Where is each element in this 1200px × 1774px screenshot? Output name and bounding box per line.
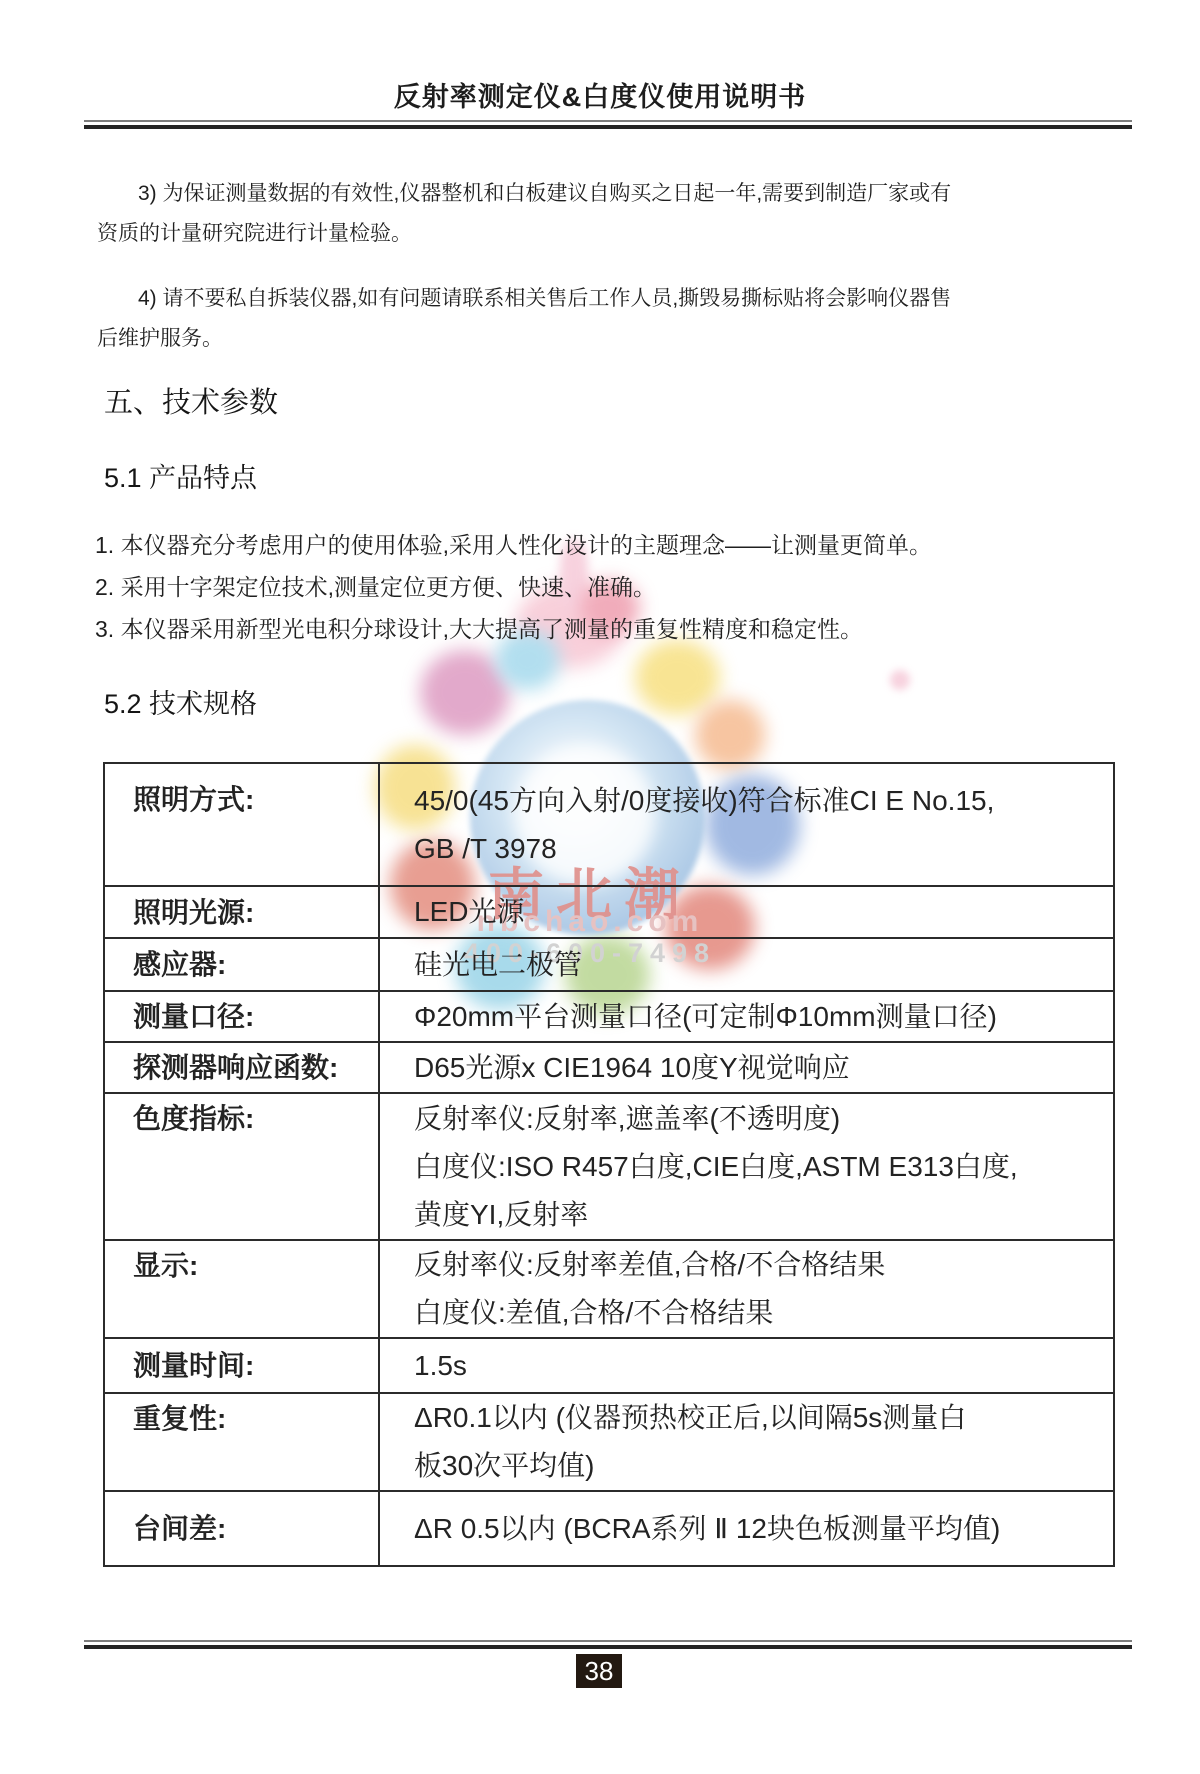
subsection-heading: 5.1 产品特点 — [104, 460, 257, 496]
table-row: 测量时间: 1.5s — [105, 1337, 1113, 1392]
watermark-splash — [890, 670, 910, 690]
table-row: 照明方式: 45/0(45方向入射/0度接收)符合标准CI E No.15, G… — [105, 764, 1113, 885]
table-row: 重复性: ΔR0.1以内 (仪器预热校正后,以间隔5s测量白 板30次平均值) — [105, 1392, 1113, 1490]
spec-value-line: LED光源 — [414, 888, 1105, 936]
spec-value-line: 黄度YI,反射率 — [414, 1191, 1105, 1239]
header-rule — [84, 120, 1132, 129]
spec-value: LED光源 — [380, 887, 1113, 937]
spec-value: D65光源x CIE1964 10度Y视觉响应 — [380, 1043, 1113, 1092]
paragraph: 4) 请不要私自拆装仪器,如有问题请联系相关售后工作人员,撕毁易撕标贴将会影响仪… — [97, 279, 1127, 359]
spec-label: 显示: — [105, 1241, 380, 1337]
feature-item: 3. 本仪器采用新型光电积分球设计,大大提高了测量的重复性精度和稳定性。 — [95, 608, 1135, 650]
paragraph-line: 资质的计量研究院进行计量检验。 — [97, 214, 1127, 254]
table-row: 色度指标: 反射率仪:反射率,遮盖率(不透明度) 白度仪:ISO R457白度,… — [105, 1092, 1113, 1239]
spec-value: Φ20mm平台测量口径(可定制Φ10mm测量口径) — [380, 992, 1113, 1041]
spec-value-line: D65光源x CIE1964 10度Y视觉响应 — [414, 1044, 1105, 1092]
section-heading: 五、技术参数 — [104, 384, 278, 422]
spec-label: 测量口径: — [105, 992, 380, 1041]
spec-value-line: 硅光电二极管 — [414, 941, 1105, 989]
spec-value: 硅光电二极管 — [380, 939, 1113, 990]
spec-value-line: 白度仪:差值,合格/不合格结果 — [414, 1289, 1105, 1337]
spec-value: ΔR 0.5以内 (BCRA系列 Ⅱ 12块色板测量平均值) — [380, 1492, 1113, 1565]
table-row: 显示: 反射率仪:反射率差值,合格/不合格结果 白度仪:差值,合格/不合格结果 — [105, 1239, 1113, 1337]
paragraph-line: 4) 请不要私自拆装仪器,如有问题请联系相关售后工作人员,撕毁易撕标贴将会影响仪… — [97, 279, 1127, 319]
table-row: 探测器响应函数: D65光源x CIE1964 10度Y视觉响应 — [105, 1041, 1113, 1092]
table-row: 感应器: 硅光电二极管 — [105, 937, 1113, 990]
spec-label: 测量时间: — [105, 1339, 380, 1392]
spec-label: 照明方式: — [105, 764, 380, 885]
watermark-splash — [635, 640, 720, 715]
feature-item: 2. 采用十字架定位技术,测量定位更方便、快速、准确。 — [95, 566, 1135, 608]
spec-value: 45/0(45方向入射/0度接收)符合标准CI E No.15, GB /T 3… — [380, 764, 1113, 885]
spec-value-line: 反射率仪:反射率差值,合格/不合格结果 — [414, 1241, 1105, 1289]
spec-value-line: Φ20mm平台测量口径(可定制Φ10mm测量口径) — [414, 993, 1105, 1041]
table-row: 测量口径: Φ20mm平台测量口径(可定制Φ10mm测量口径) — [105, 990, 1113, 1041]
table-row: 照明光源: LED光源 — [105, 885, 1113, 937]
spec-value-line: GB /T 3978 — [414, 825, 1105, 873]
spec-table: 照明方式: 45/0(45方向入射/0度接收)符合标准CI E No.15, G… — [103, 762, 1115, 1567]
spec-value-line: ΔR0.1以内 (仪器预热校正后,以间隔5s测量白 — [414, 1394, 1105, 1442]
spec-label: 重复性: — [105, 1394, 380, 1490]
spec-label: 台间差: — [105, 1492, 380, 1565]
page-number: 38 — [576, 1654, 622, 1688]
paragraph-line: 3) 为保证测量数据的有效性,仪器整机和白板建议自购买之日起一年,需要到制造厂家… — [97, 174, 1127, 214]
spec-label: 色度指标: — [105, 1094, 380, 1239]
spec-value-line: 反射率仪:反射率,遮盖率(不透明度) — [414, 1095, 1105, 1143]
paragraph: 3) 为保证测量数据的有效性,仪器整机和白板建议自购买之日起一年,需要到制造厂家… — [97, 174, 1127, 254]
spec-label: 照明光源: — [105, 887, 380, 937]
spec-value: 反射率仪:反射率,遮盖率(不透明度) 白度仪:ISO R457白度,CIE白度,… — [380, 1094, 1113, 1239]
table-row: 台间差: ΔR 0.5以内 (BCRA系列 Ⅱ 12块色板测量平均值) — [105, 1490, 1113, 1565]
spec-value: 1.5s — [380, 1339, 1113, 1392]
spec-label: 探测器响应函数: — [105, 1043, 380, 1092]
spec-value: 反射率仪:反射率差值,合格/不合格结果 白度仪:差值,合格/不合格结果 — [380, 1241, 1113, 1337]
feature-item: 1. 本仪器充分考虑用户的使用体验,采用人性化设计的主题理念——让测量更简单。 — [95, 524, 1135, 566]
spec-value-line: 板30次平均值) — [414, 1442, 1105, 1490]
footer-rule — [84, 1640, 1132, 1649]
spec-label: 感应器: — [105, 939, 380, 990]
spec-value-line: ΔR 0.5以内 (BCRA系列 Ⅱ 12块色板测量平均值) — [414, 1505, 1105, 1553]
spec-value: ΔR0.1以内 (仪器预热校正后,以间隔5s测量白 板30次平均值) — [380, 1394, 1113, 1490]
feature-list: 1. 本仪器充分考虑用户的使用体验,采用人性化设计的主题理念——让测量更简单。 … — [95, 524, 1135, 650]
watermark-splash — [695, 700, 765, 770]
subsection-heading: 5.2 技术规格 — [104, 686, 257, 722]
spec-value-line: 45/0(45方向入射/0度接收)符合标准CI E No.15, — [414, 777, 1105, 825]
spec-value-line: 白度仪:ISO R457白度,CIE白度,ASTM E313白度, — [414, 1143, 1105, 1191]
page-title: 反射率测定仪&白度仪使用说明书 — [0, 80, 1200, 114]
paragraph-line: 后维护服务。 — [97, 319, 1127, 359]
spec-value-line: 1.5s — [414, 1342, 1105, 1390]
manual-page: 南北潮 nbchao.com 400-600-7498 反射率测定仪&白度仪使用… — [0, 0, 1200, 1774]
